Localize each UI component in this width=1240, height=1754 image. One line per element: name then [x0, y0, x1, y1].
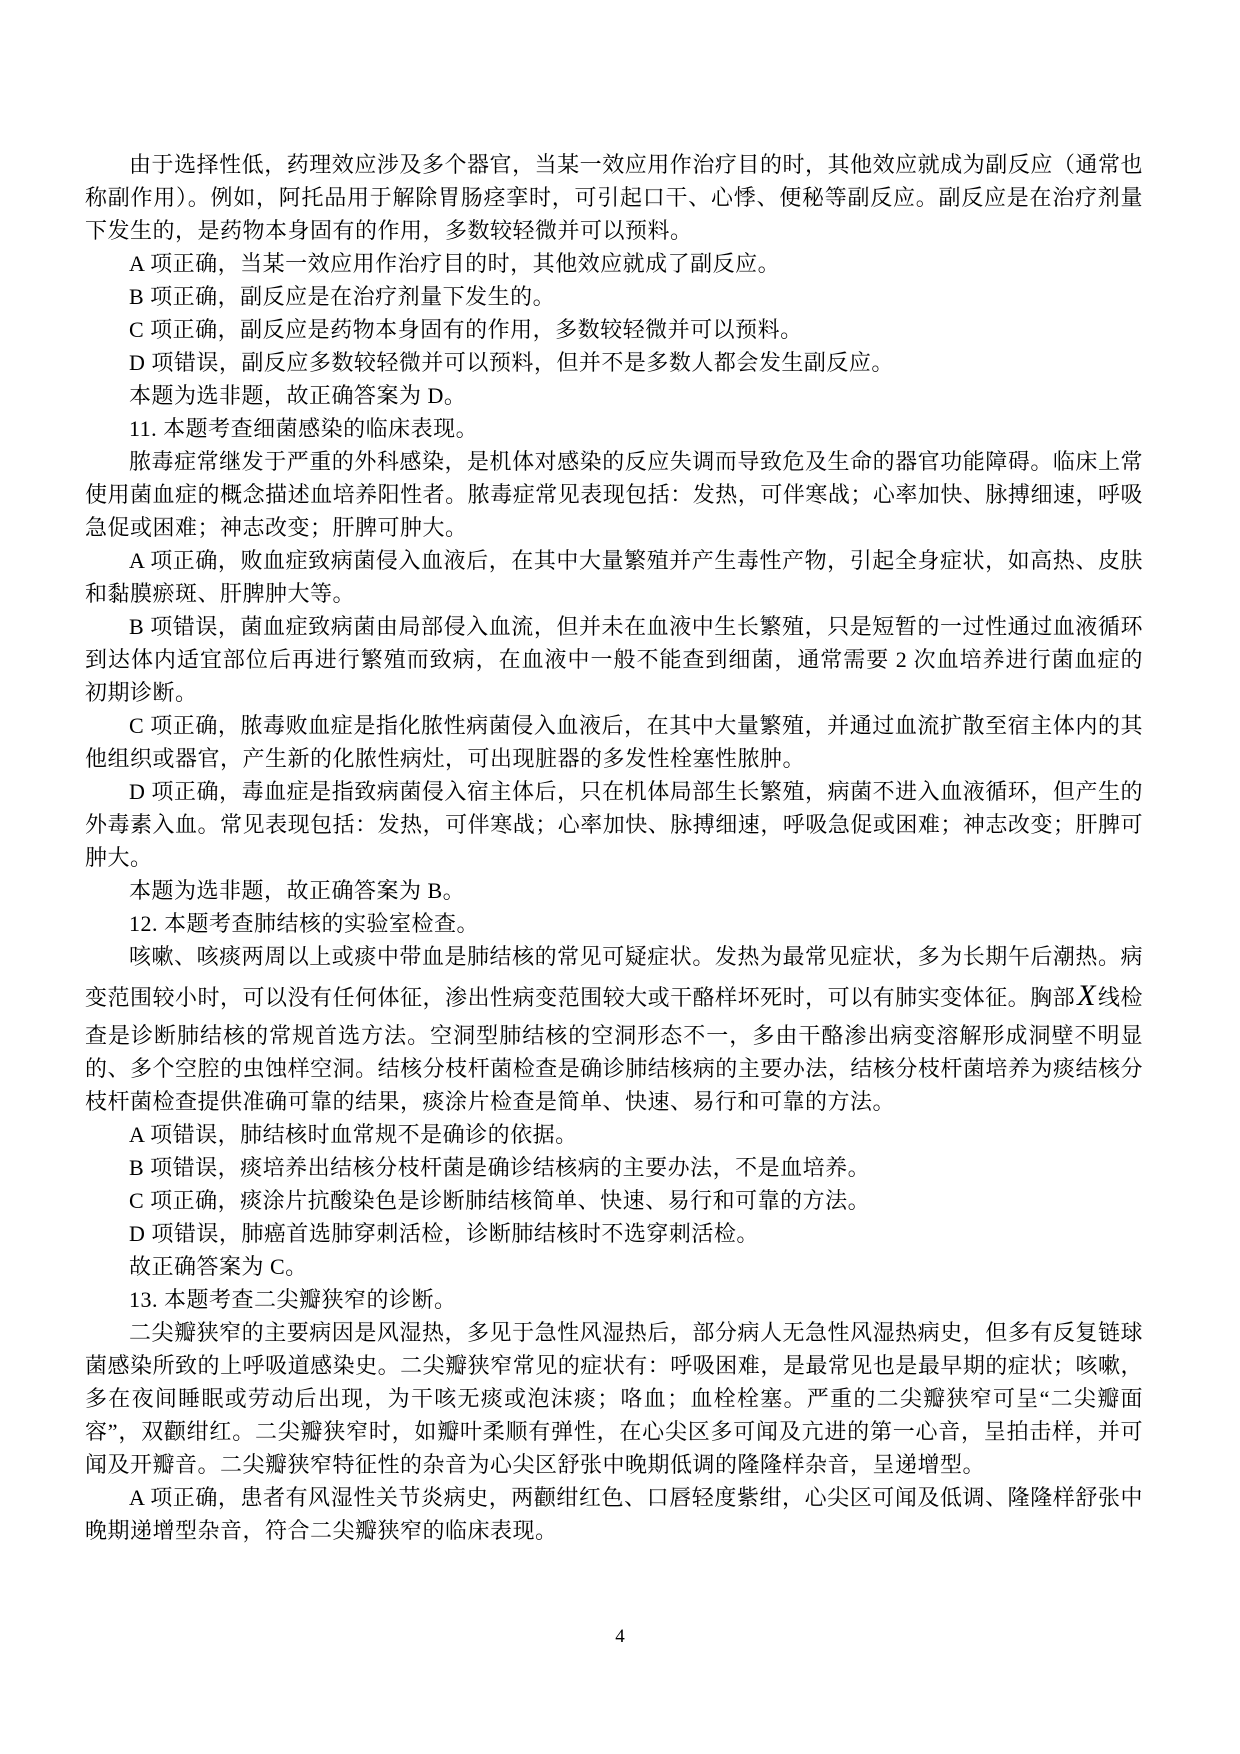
q12-option-d-analysis: D 项错误，肺癌首选肺穿刺活检，诊断肺结核时不选穿刺活检。: [85, 1217, 1143, 1250]
document-page: 由于选择性低，药理效应涉及多个器官，当某一效应用作治疗目的时，其他效应就成为副反…: [0, 0, 1240, 1754]
xray-x-glyph: X: [1075, 979, 1098, 1012]
q11-option-a-analysis: A 项正确，败血症致病菌侵入血液后，在其中大量繁殖并产生毒性产物，引起全身症状，…: [85, 544, 1143, 610]
q12-option-c-analysis: C 项正确，痰涂片抗酸染色是诊断肺结核简单、快速、易行和可靠的方法。: [85, 1184, 1143, 1217]
q12-analysis-segment: 咳嗽、咳痰两周以上或痰中带血是肺结核的常见可疑症状。发热为最常见症状，多为长期午…: [85, 944, 1143, 1010]
q10-option-c-analysis: C 项正确，副反应是药物本身固有的作用，多数较轻微并可以预料。: [85, 313, 1143, 346]
document-body: 由于选择性低，药理效应涉及多个器官，当某一效应用作治疗目的时，其他效应就成为副反…: [85, 148, 1143, 1547]
q12-option-b-analysis: B 项错误，痰培养出结核分枝杆菌是确诊结核病的主要办法，不是血培养。: [85, 1151, 1143, 1184]
q11-heading: 11. 本题考查细菌感染的临床表现。: [85, 412, 1143, 445]
q10-answer-line: 本题为选非题，故正确答案为 D。: [85, 379, 1143, 412]
q11-option-c-analysis: C 项正确，脓毒败血症是指化脓性病菌侵入血液后，在其中大量繁殖，并通过血流扩散至…: [85, 709, 1143, 775]
q10-option-d-analysis: D 项错误，副反应多数较轻微并可以预料，但并不是多数人都会发生副反应。: [85, 346, 1143, 379]
q10-option-a-analysis: A 项正确，当某一效应用作治疗目的时，其他效应就成了副反应。: [85, 247, 1143, 280]
q12-heading: 12. 本题考查肺结核的实验室检查。: [85, 907, 1143, 940]
q12-analysis-paragraph: 咳嗽、咳痰两周以上或痰中带血是肺结核的常见可疑症状。发热为最常见症状，多为长期午…: [85, 940, 1143, 1118]
page-number: 4: [0, 1626, 1240, 1648]
q10-analysis-paragraph: 由于选择性低，药理效应涉及多个器官，当某一效应用作治疗目的时，其他效应就成为副反…: [85, 148, 1143, 247]
q13-option-a-analysis: A 项正确，患者有风湿性关节炎病史，两颧绀红色、口唇轻度紫绀，心尖区可闻及低调、…: [85, 1481, 1143, 1547]
q11-answer-line: 本题为选非题，故正确答案为 B。: [85, 874, 1143, 907]
q11-option-d-analysis: D 项正确，毒血症是指致病菌侵入宿主体后，只在机体局部生长繁殖，病菌不进入血液循…: [85, 775, 1143, 874]
q12-option-a-analysis: A 项错误，肺结核时血常规不是确诊的依据。: [85, 1118, 1143, 1151]
q12-answer-line: 故正确答案为 C。: [85, 1250, 1143, 1283]
q13-analysis-paragraph: 二尖瓣狭窄的主要病因是风湿热，多见于急性风湿热后，部分病人无急性风湿热病史，但多…: [85, 1316, 1143, 1481]
q11-option-b-analysis: B 项错误，菌血症致病菌由局部侵入血流，但并未在血液中生长繁殖，只是短暂的一过性…: [85, 610, 1143, 709]
q10-option-b-analysis: B 项正确，副反应是在治疗剂量下发生的。: [85, 280, 1143, 313]
q13-heading: 13. 本题考查二尖瓣狭窄的诊断。: [85, 1283, 1143, 1316]
q11-analysis-paragraph: 脓毒症常继发于严重的外科感染，是机体对感染的反应失调而导致危及生命的器官功能障碍…: [85, 445, 1143, 544]
